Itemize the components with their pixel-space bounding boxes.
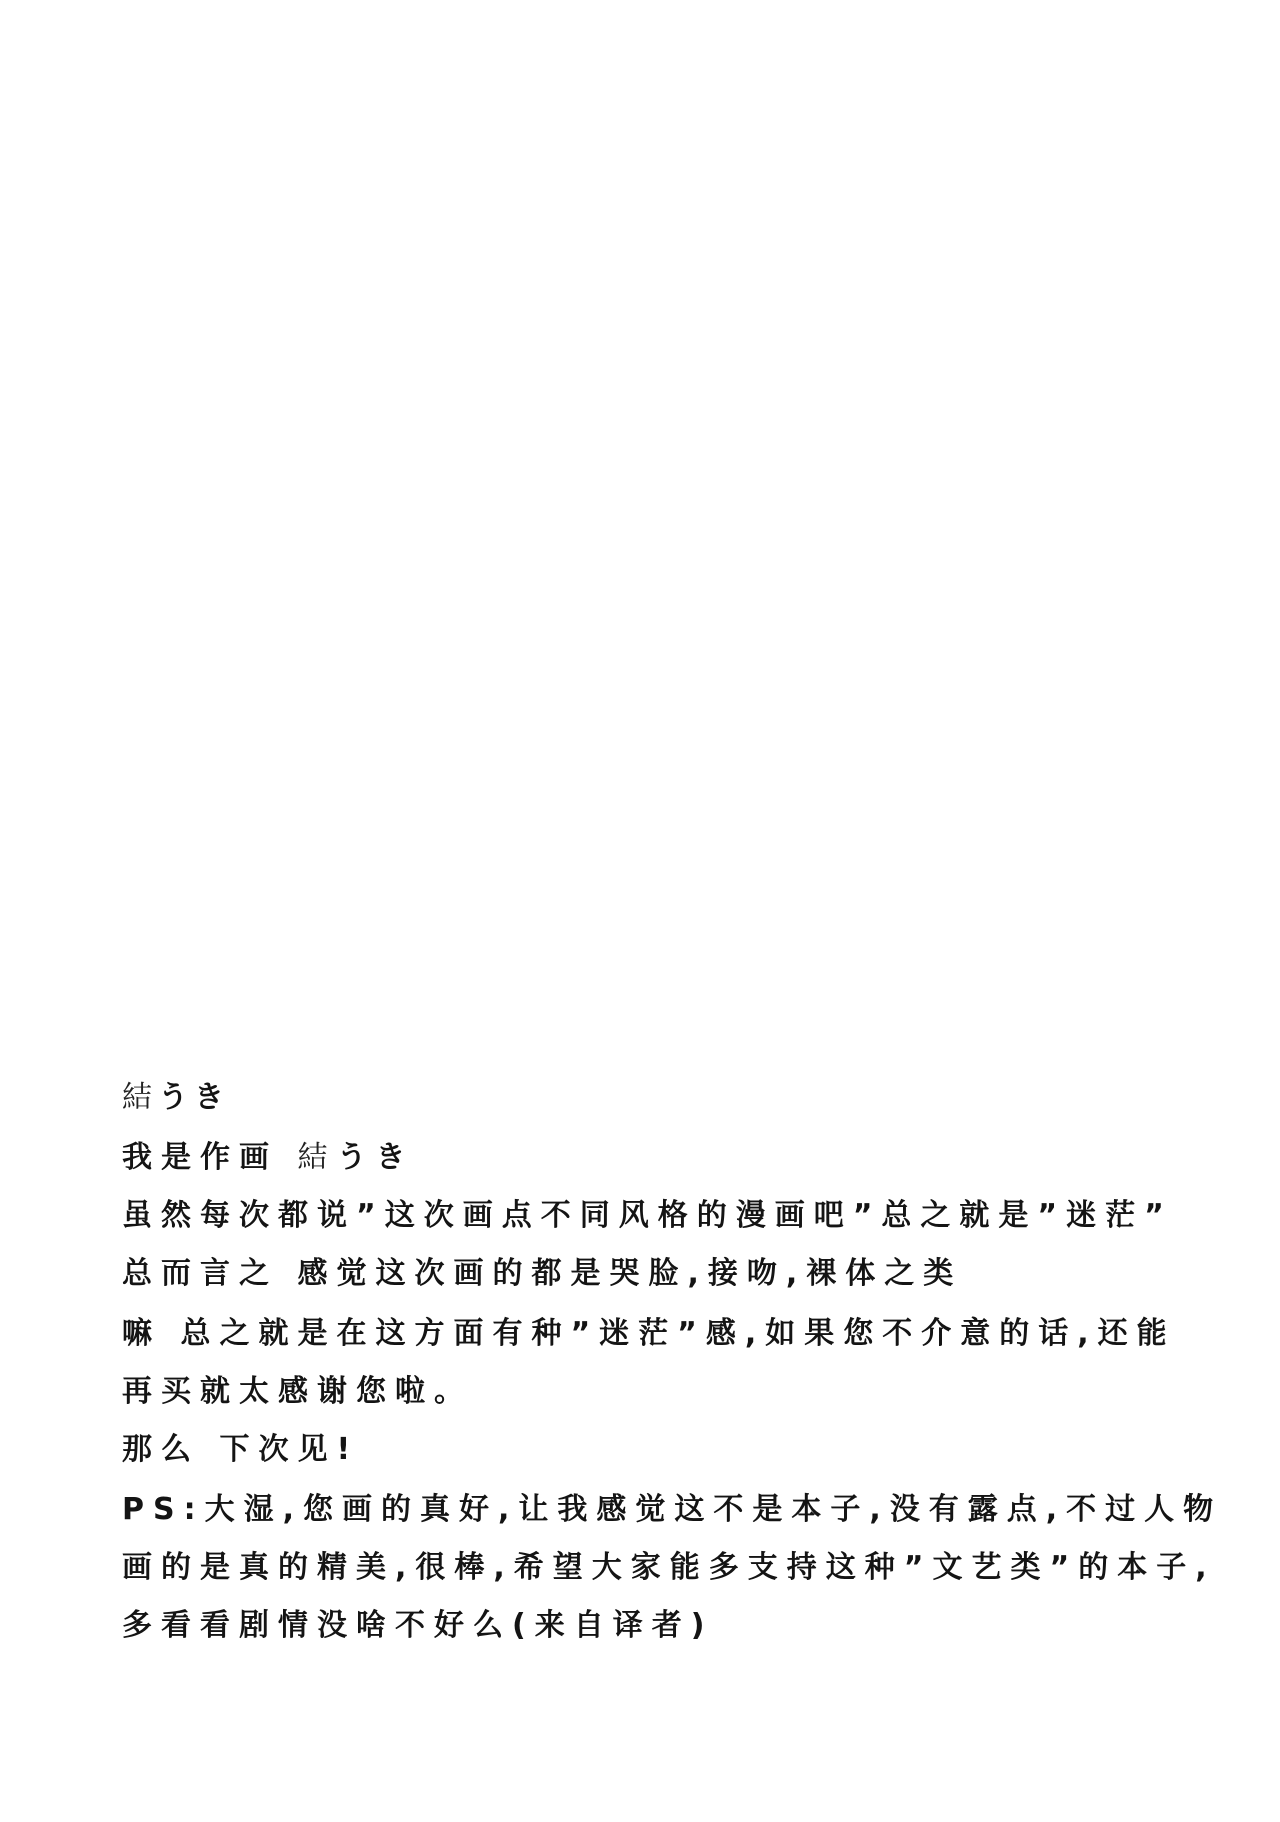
afterword-line-3: 嘛 总之就是在这方面有种”迷茫”感,如果您不介意的话,还能 (122, 1312, 1176, 1356)
afterword-line-4: 再买就太感谢您啦。 (122, 1370, 473, 1414)
intro-prefix: 我是作画 (122, 1140, 297, 1175)
translator-note-line-3: 多看看剧情没啥不好么(来自译者) (122, 1604, 713, 1648)
afterword-line-2: 总而言之 感觉这次画的都是哭脸,接吻,裸体之类 (122, 1252, 962, 1296)
intro-author-kanji: 結 (297, 1140, 336, 1175)
translator-note-line-1: PS:大湿,您画的真好,让我感觉这不是本子,没有露点,不过人物 (122, 1488, 1222, 1532)
author-name-kanji: 結 (122, 1080, 158, 1115)
author-intro-line: 我是作画 結うき (122, 1136, 414, 1180)
manga-afterword-page: 結うき 我是作画 結うき 虽然每次都说”这次画点不同风格的漫画吧”总之就是”迷茫… (0, 0, 1280, 1822)
afterword-line-5: 那么 下次见! (122, 1428, 359, 1472)
translator-note-line-2: 画的是真的精美,很棒,希望大家能多支持这种”文艺类”的本子, (122, 1546, 1216, 1590)
author-signature: 結うき (122, 1076, 230, 1120)
afterword-line-1: 虽然每次都说”这次画点不同风格的漫画吧”总之就是”迷茫” (122, 1194, 1173, 1238)
intro-author-kana: うき (336, 1140, 414, 1175)
author-name-kana: うき (158, 1080, 230, 1115)
